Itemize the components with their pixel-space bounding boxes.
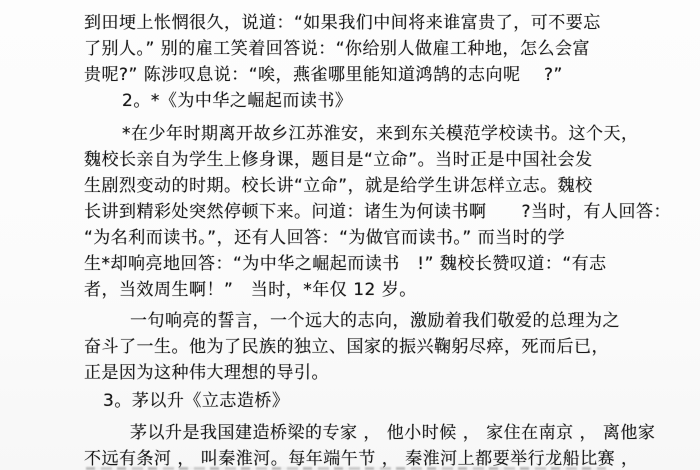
text-line: 奋斗了一生。他为了民族的独立、国家的振兴鞠躬尽瘁，死而后已， <box>84 334 664 360</box>
text-line: 正是因为这种伟大理想的导引。 <box>84 360 664 386</box>
text-line: 一句响亮的誓言，一个远大的志向，激励着我们敬爱的总理为之 <box>84 308 664 334</box>
text-line: 到田埂上怅惘很久，说道：“如果我们中间将来谁富贵了，可不要忘 <box>84 10 664 36</box>
text-line: “为名利而读书。”，还有人回答：“为做官而读书。” 而当时的学 <box>84 225 664 251</box>
section-heading: 3。茅以升《立志造桥》 <box>84 388 664 414</box>
document-text-block: 到田埂上怅惘很久，说道：“如果我们中间将来谁富贵了，可不要忘 了别人。” 别的雇… <box>84 10 664 470</box>
scanned-page: 到田埂上怅惘很久，说道：“如果我们中间将来谁富贵了，可不要忘 了别人。” 别的雇… <box>0 0 700 470</box>
text-line: 生*却响亮地回答：“为中华之崛起而读书 !” 魏校长赞叹道：“有志 <box>84 251 664 277</box>
section-heading: 2。*《为中华之崛起而读书》 <box>84 88 664 114</box>
text-line: 长讲到精彩处突然停顿下来。问道：诸生为何读书啊 ?当时，有人回答： <box>84 199 664 225</box>
text-line: 贵呢?” 陈涉叹息说：“唉，燕雀哪里能知道鸿鹄的志向呢 ?” <box>84 62 664 88</box>
text-line: 了别人。” 别的雇工笑着回答说：“你给别人做雇工种地，怎么会富 <box>84 36 664 62</box>
text-line: *在少年时期离开故乡江苏淮安，来到东关模范学校读书。这个天， <box>84 121 664 147</box>
text-line: 魏校长亲自为学生上修身课，题目是“立命”。当时正是中国社会发 <box>84 147 664 173</box>
text-line: 茅以升是我国建造桥梁的专家 ， 他小时候 ， 家住在南京 ， 离他家 <box>84 420 664 446</box>
text-line: 者，当效周生啊！” 当时，*年仅 12 岁。 <box>84 277 664 303</box>
text-line: 生剧烈变动的时期。校长讲“立命”，就是给学生讲怎样立志。魏校 <box>84 173 664 199</box>
